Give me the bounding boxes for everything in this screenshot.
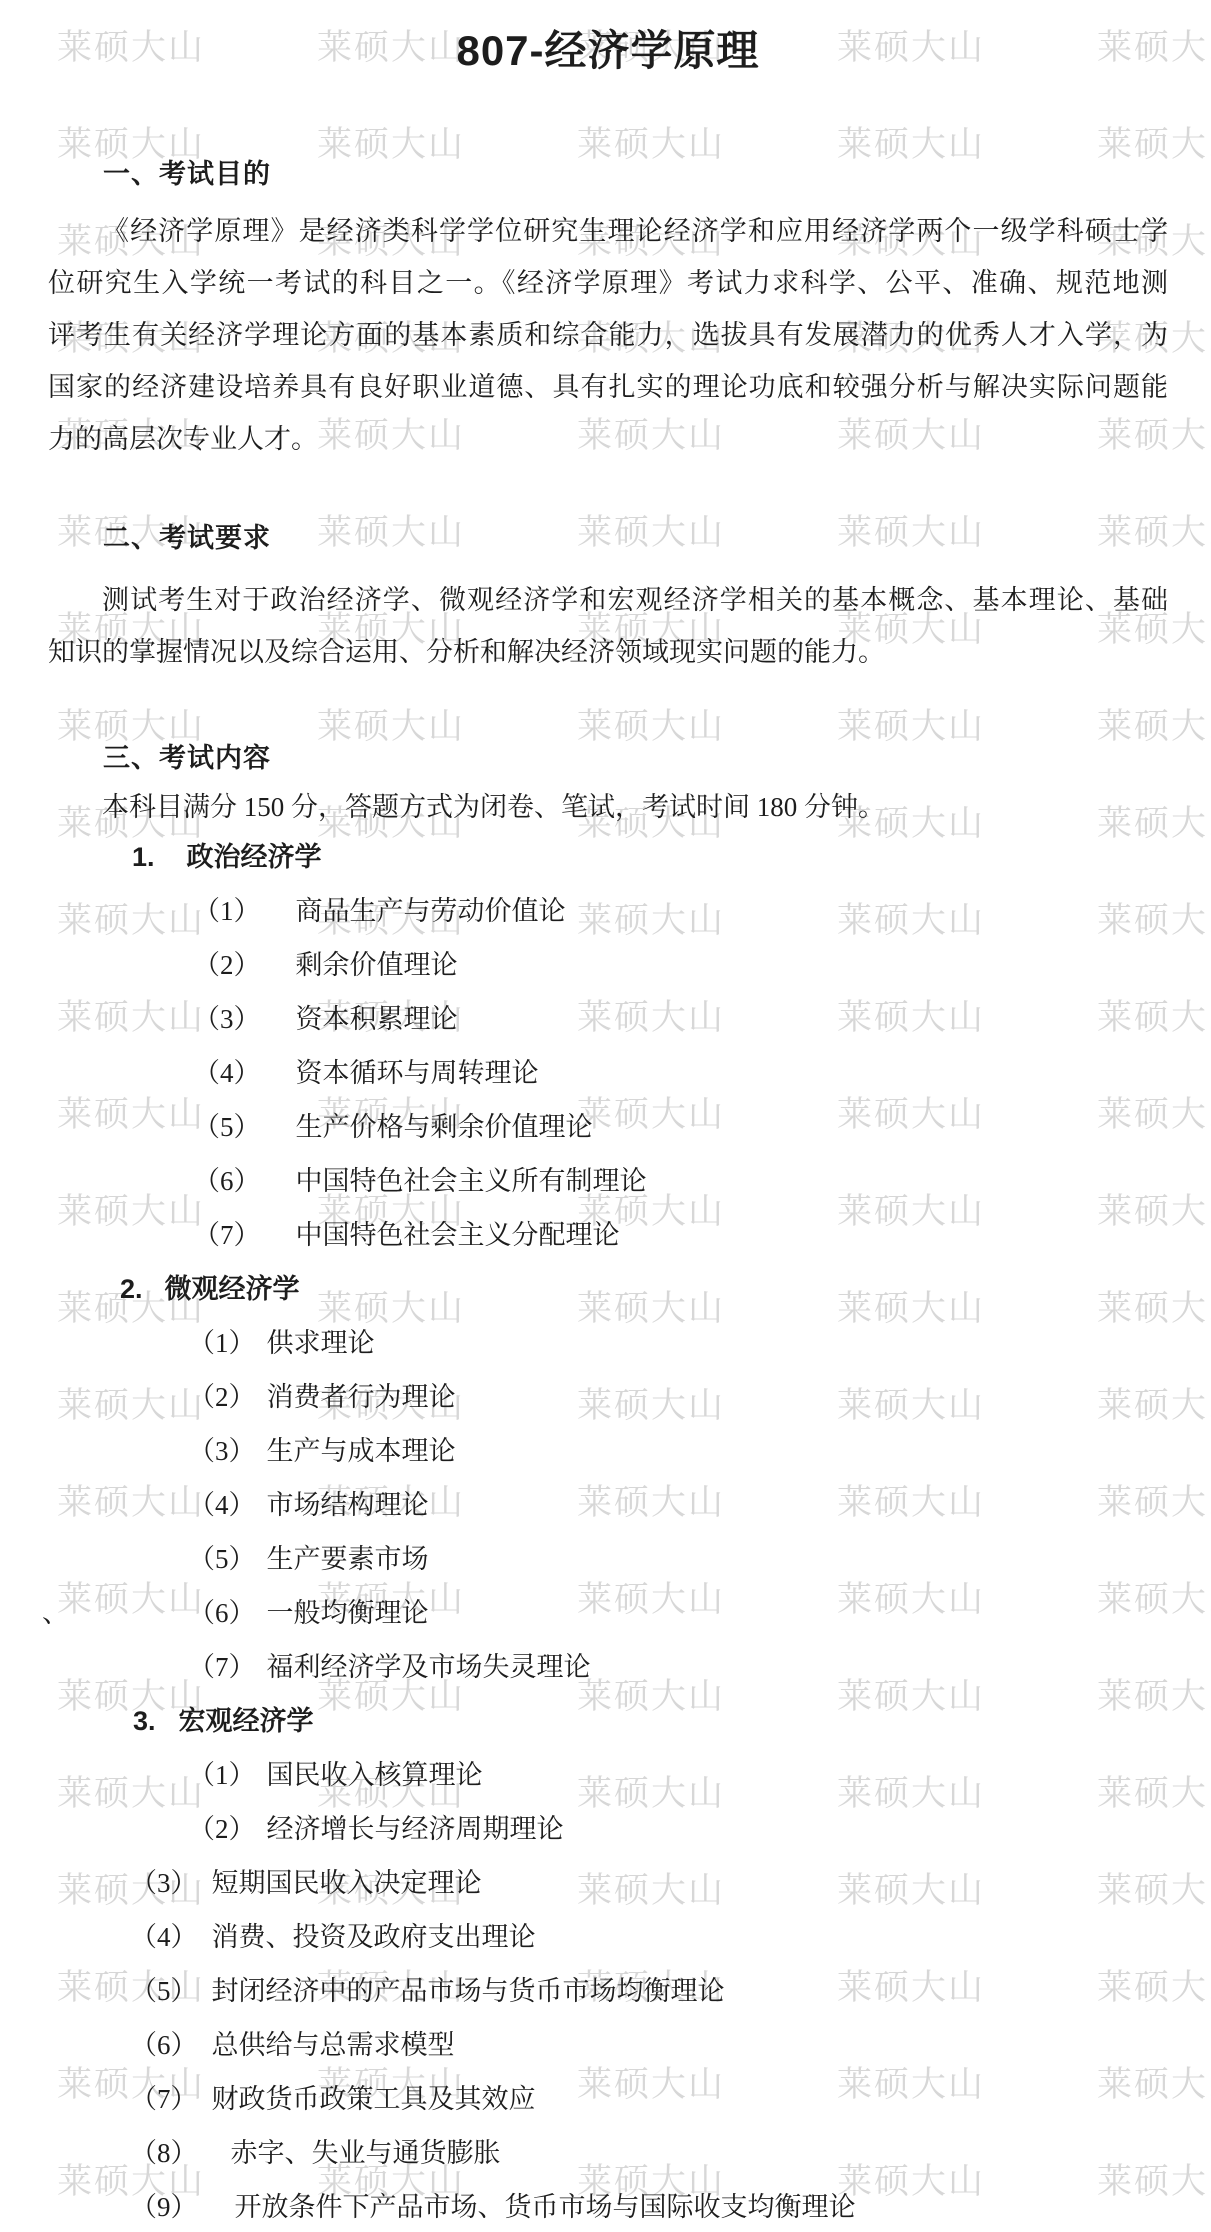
list-item-text: 生产价格与剩余价值理论 [296,1112,593,1142]
paragraph: 《经济学原理》是经济类科学学位研究生理论经济学和应用经济学两个一级学科硕士学位研… [48,205,1168,465]
list-item: （5）封闭经济中的产品市场与货币市场均衡理论 [48,1964,1168,2018]
list-item-label: 3. [133,1694,156,1748]
list-item-label: 2. [120,1262,143,1316]
list-item-text: 消费、投资及政府支出理论 [212,1922,536,1952]
exam-outline-list: 1.政治经济学（1）商品生产与劳动价值论（2）剩余价值理论（3）资本积累理论（4… [48,830,1168,2232]
section-heading: 一、考试目的 [48,156,1168,192]
list-item-label: （6） [188,1586,256,1640]
list-item-text: 生产要素市场 [267,1544,429,1574]
list-item-label: （7） [130,2072,198,2126]
list-item-label: （5） [193,1100,261,1154]
sections-container: 一、考试目的《经济学原理》是经济类科学学位研究生理论经济学和应用经济学两个一级学… [48,156,1168,2232]
paragraph-line: 位研究生入学统一考试的科目之一。《经济学原理》考试力求科学、公平、准确、规范地测 [48,257,1168,309]
list-item-text: 开放条件下产品市场、货币市场与国际收支均衡理论 [235,2192,856,2222]
list-item: （3）生产与成本理论 [48,1424,1168,1478]
list-item-label: （5） [130,1964,198,2018]
list-item-text: 国民收入核算理论 [267,1760,483,1790]
list-item-text: 剩余价值理论 [296,950,458,980]
section: 三、考试内容本科目满分 150 分，答题方式为闭卷、笔试，考试时间 180 分钟… [48,740,1168,2232]
list-item-text: 宏观经济学 [179,1706,314,1736]
list-item: （1）国民收入核算理论 [48,1748,1168,1802]
list-item-label: （7） [193,1208,261,1262]
list-item-text: 总供给与总需求模型 [212,2030,455,2060]
list-item-label: （3） [130,1856,198,1910]
paragraph: 测试考生对于政治经济学、微观经济学和宏观经济学相关的基本概念、基本理论、基础知识… [48,574,1168,678]
list-item: （2）剩余价值理论 [48,938,1168,992]
list-item: （9）开放条件下产品市场、货币市场与国际收支均衡理论 [48,2180,1168,2232]
list-item-text: 资本积累理论 [296,1004,458,1034]
section-heading: 二、考试要求 [48,520,1168,556]
list-item: （6）总供给与总需求模型 [48,2018,1168,2072]
list-item-label: （3） [193,992,261,1046]
list-item: （3）资本积累理论 [48,992,1168,1046]
list-item-text: 一般均衡理论 [267,1598,429,1628]
list-item-text: 资本循环与周转理论 [296,1058,539,1088]
list-item-label: （1） [188,1748,256,1802]
list-item-label: （2） [188,1802,256,1856]
list-item-text: 封闭经济中的产品市场与货币市场均衡理论 [212,1976,725,2006]
stray-comma-mark: 、 [42,1586,69,1640]
list-item: （2）经济增长与经济周期理论 [48,1802,1168,1856]
list-item: 2.微观经济学 [48,1262,1168,1316]
section: 二、考试要求测试考生对于政治经济学、微观经济学和宏观经济学相关的基本概念、基本理… [48,520,1168,678]
list-item-text: 消费者行为理论 [267,1382,456,1412]
list-item-label: （5） [188,1532,256,1586]
list-item-label: （7） [188,1640,256,1694]
list-item: （1）供求理论 [48,1316,1168,1370]
list-item-label: （8） [130,2126,198,2180]
list-item: （7）中国特色社会主义分配理论 [48,1208,1168,1262]
section: 一、考试目的《经济学原理》是经济类科学学位研究生理论经济学和应用经济学两个一级学… [48,156,1168,465]
list-item-text: 财政货币政策工具及其效应 [212,2084,536,2114]
list-item-text: 商品生产与劳动价值论 [296,896,566,926]
list-item-text: 短期国民收入决定理论 [212,1868,482,1898]
paragraph-line: 测试考生对于政治经济学、微观经济学和宏观经济学相关的基本概念、基本理论、基础 [48,574,1168,626]
list-item: （4）资本循环与周转理论 [48,1046,1168,1100]
list-item-label: （9） [130,2180,198,2232]
list-item: （5）生产价格与剩余价值理论 [48,1100,1168,1154]
list-item: （4）市场结构理论 [48,1478,1168,1532]
list-item-text: 中国特色社会主义所有制理论 [296,1166,647,1196]
list-item: （6）一般均衡理论 [48,1586,1168,1640]
list-item: （1）商品生产与劳动价值论 [48,884,1168,938]
list-item-text: 赤字、失业与通货膨胀 [231,2138,501,2168]
list-item-label: （4） [193,1046,261,1100]
paragraph-line: 力的高层次专业人才。 [48,413,1168,465]
list-item-label: （1） [188,1316,256,1370]
list-item: （8）赤字、失业与通货膨胀 [48,2126,1168,2180]
paragraph-line: 《经济学原理》是经济类科学学位研究生理论经济学和应用经济学两个一级学科硕士学 [48,205,1168,257]
list-item: 1.政治经济学 [48,830,1168,884]
list-item: （5）生产要素市场 [48,1532,1168,1586]
list-item-label: （3） [188,1424,256,1478]
list-item: （7）福利经济学及市场失灵理论 [48,1640,1168,1694]
page-title: 807-经济学原理 [48,26,1168,76]
list-item-text: 政治经济学 [187,842,322,872]
list-item: （7）财政货币政策工具及其效应 [48,2072,1168,2126]
list-item-label: （2） [188,1370,256,1424]
list-item-label: （6） [130,2018,198,2072]
list-item-label: （6） [193,1154,261,1208]
list-item: （6）中国特色社会主义所有制理论 [48,1154,1168,1208]
list-item: （3）短期国民收入决定理论 [48,1856,1168,1910]
paragraph-line: 知识的掌握情况以及综合运用、分析和解决经济领域现实问题的能力。 [48,626,1168,678]
list-item-text: 生产与成本理论 [267,1436,456,1466]
list-item: （4）消费、投资及政府支出理论 [48,1910,1168,1964]
list-item-text: 经济增长与经济周期理论 [267,1814,564,1844]
section-heading: 三、考试内容 [48,740,1168,776]
list-item: （2）消费者行为理论 [48,1370,1168,1424]
list-item-text: 微观经济学 [165,1274,300,1304]
list-item-text: 福利经济学及市场失灵理论 [267,1652,591,1682]
list-item-label: （2） [193,938,261,992]
list-item-label: 1. [132,830,155,884]
list-item-text: 供求理论 [267,1328,375,1358]
document-content: 807-经济学原理 一、考试目的《经济学原理》是经济类科学学位研究生理论经济学和… [0,26,1211,2232]
list-item-label: （4） [130,1910,198,1964]
list-item-text: 中国特色社会主义分配理论 [296,1220,620,1250]
list-item-label: （1） [193,884,261,938]
list-item-label: （4） [188,1478,256,1532]
paragraph-line: 国家的经济建设培养具有良好职业道德、具有扎实的理论功底和较强分析与解决实际问题能 [48,361,1168,413]
paragraph-line: 评考生有关经济学理论方面的基本素质和综合能力，选拔具有发展潜力的优秀人才入学，为 [48,309,1168,361]
list-item: 3.宏观经济学 [48,1694,1168,1748]
document-page: 莱硕大山莱硕大山莱硕大山莱硕大山莱硕大山莱硕大山莱硕大山莱硕大山莱硕大山莱硕大山… [0,0,1211,2232]
section-intro-line: 本科目满分 150 分，答题方式为闭卷、笔试，考试时间 180 分钟。 [48,784,1168,830]
list-item-text: 市场结构理论 [267,1490,429,1520]
